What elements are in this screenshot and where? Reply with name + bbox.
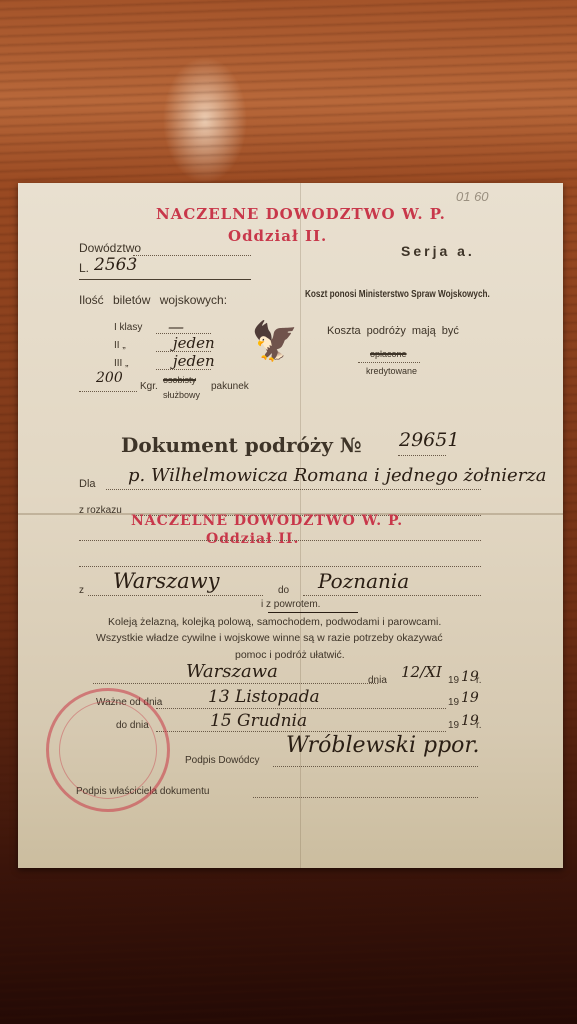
baggage-line — [79, 391, 137, 392]
polish-eagle-emblem: 🦅 — [251, 320, 298, 364]
commander-sig-label: Podpis Dowódcy — [185, 755, 259, 766]
command-label: Dowództwo — [79, 241, 141, 255]
class-3-value: jeden — [173, 352, 215, 370]
to-value: Poznania — [318, 569, 409, 593]
valid-to-value: 15 Grudnia — [210, 711, 307, 731]
baggage-unit: Kgr. — [140, 381, 158, 392]
order-label: z rozkazu — [79, 505, 122, 516]
authorities-text-2: pomoc i podróż ułatwić. — [235, 649, 345, 661]
header-stamp-line2: Oddział II. — [228, 227, 327, 245]
baggage-label: pakunek — [211, 381, 249, 392]
owner-sig-line — [253, 797, 478, 798]
ref-number: 2563 — [94, 255, 137, 275]
for-line — [106, 489, 481, 490]
return-text: i z powrotem. — [261, 599, 320, 610]
command-line — [133, 255, 251, 256]
travel-cost-value: kredytowane — [366, 366, 417, 376]
for-value: p. Wilhelmowicza Romana i jednego żołnie… — [128, 465, 547, 486]
valid-from-line — [156, 708, 446, 709]
order-line-3 — [79, 566, 481, 567]
class-3-label: III „ — [114, 358, 128, 369]
tickets-label: Ilość biletów wojskowych: — [79, 293, 227, 307]
from-label: z — [79, 585, 84, 596]
travel-cost-label: Koszta podróży mają być — [327, 325, 459, 337]
document-number: 29651 — [399, 429, 459, 451]
valid-to-line — [156, 731, 446, 732]
date-label: dnia — [368, 675, 387, 686]
modes-text: Koleją żelazną, kolejką polową, samochod… — [108, 616, 441, 628]
year-prefix: 19 — [448, 675, 459, 686]
document-title: Dokument podróży № — [121, 433, 362, 457]
commander-signature: Wróblewski ppor. — [286, 733, 480, 758]
valid-to-year-prefix: 19 — [448, 720, 459, 731]
place-value: Warszawa — [186, 661, 278, 682]
order-stamp-line1: NACZELNE DOWODZTWO W. P. — [131, 513, 403, 529]
valid-from-year-prefix: 19 — [448, 697, 459, 708]
series-label: Serja a. — [401, 243, 475, 259]
baggage-type: służbowy — [163, 390, 200, 400]
document-number-line — [398, 455, 446, 456]
from-value: Warszawy — [113, 569, 220, 593]
ref-line — [79, 279, 251, 280]
class-2-value: jeden — [173, 334, 215, 352]
from-line — [88, 595, 263, 596]
valid-from-year: 19 — [461, 690, 479, 706]
cost-note: Koszt ponosi Ministerstwo Spraw Wojskowy… — [305, 289, 490, 300]
to-label: do — [278, 585, 289, 596]
valid-from-value: 13 Listopada — [208, 687, 320, 707]
baggage-value: 200 — [96, 370, 123, 386]
year-suffix: r. — [476, 675, 482, 686]
class-1-label: I klasy — [114, 322, 142, 333]
order-stamp-line2: Oddział II. — [206, 531, 299, 547]
place-line — [93, 683, 378, 684]
round-stamp — [46, 688, 170, 812]
valid-to-year-suffix: r. — [476, 720, 482, 731]
to-line — [303, 595, 481, 596]
travel-cost-struck: opłacone — [370, 349, 407, 359]
ref-prefix: L. — [79, 261, 89, 275]
authorities-text-1: Wszystkie władze cywilne i wojskowe winn… — [96, 632, 443, 644]
header-stamp-line1: NACZELNE DOWODZTWO W. P. — [156, 205, 446, 223]
travel-document: NACZELNE DOWODZTWO W. P. Oddział II. 01 … — [18, 183, 563, 868]
commander-sig-line — [273, 766, 478, 767]
travel-cost-line — [358, 362, 420, 363]
baggage-type-struck: osobisty — [163, 375, 196, 385]
date-value: 12/XI — [401, 663, 442, 681]
return-underline — [268, 612, 358, 613]
class-2-label: II „ — [114, 340, 126, 351]
order-line-2 — [79, 540, 481, 541]
for-label: Dla — [79, 478, 96, 490]
pencil-note: 01 60 — [456, 189, 489, 204]
